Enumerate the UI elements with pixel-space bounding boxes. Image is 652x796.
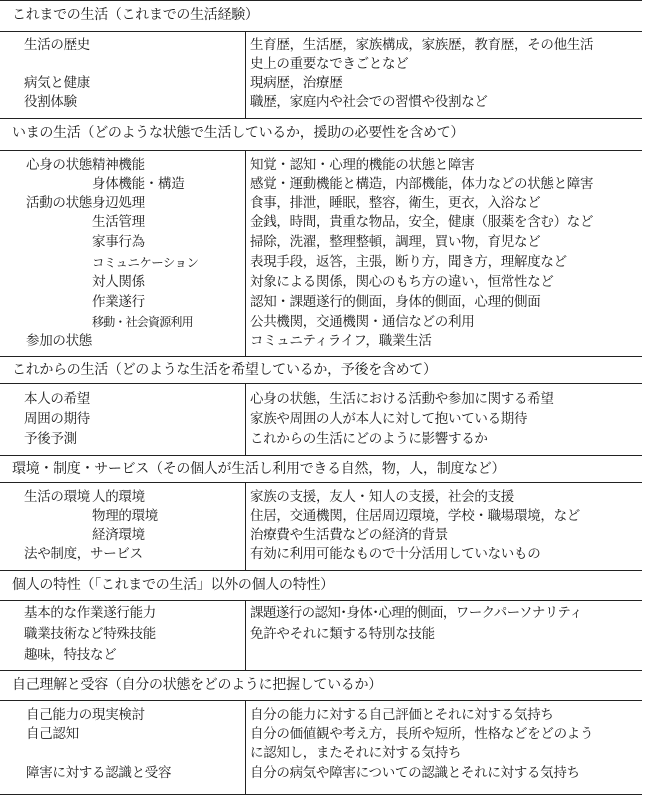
- row-desc: これからの生活にどのように影響するか: [250, 430, 488, 449]
- row-label: 自己認知: [26, 725, 79, 744]
- row-label: 生活の環境: [24, 488, 90, 507]
- rule: [0, 0, 642, 1]
- row-desc: 表現手段，返答，主張，断り方，聞き方，理解度など: [250, 253, 567, 272]
- row-sublabel: 身体機能・構造: [92, 175, 184, 194]
- row-desc: 知覚・認知・心理的機能の状態と障害: [250, 156, 474, 175]
- row-label: 趣味，特技など: [24, 646, 116, 665]
- rule: [0, 31, 642, 32]
- row-desc: 自分の病気や障害についての認識とそれに対する気持ち: [250, 764, 580, 783]
- row-sublabel: コミュニケーション: [92, 253, 198, 272]
- row-sublabel: 物理的環境: [92, 507, 158, 526]
- row-sublabel: 経済環境: [92, 526, 145, 545]
- row-desc: 金銭，時間，貴重な物品，安全，健康（服薬を含む）など: [250, 213, 593, 232]
- row-desc: 認知・課題遂行的側面，身体的側面，心理的側面: [250, 293, 540, 312]
- rule: [0, 570, 642, 571]
- row-desc: 課題遂行の認知･身体･心理的側面，ワークパーソナリティ: [250, 604, 582, 623]
- rule: [0, 670, 642, 671]
- row-label: 職業技術など特殊技能: [24, 625, 156, 644]
- row-label: 生活の歴史: [24, 36, 90, 55]
- row-desc: 治療費や生活費などの経済的背景: [250, 526, 448, 545]
- rule: [0, 150, 642, 151]
- rule: [0, 356, 642, 357]
- row-label: 障害に対する認識と受容: [26, 764, 171, 783]
- row-sublabel: 精神機能: [92, 156, 145, 175]
- rule: [0, 455, 642, 456]
- row-desc: 自分の価値観や考え方，長所や短所，性格などをどのよう: [250, 725, 593, 744]
- row-desc: 職歴，家庭内や社会での習慣や役割など: [250, 93, 488, 112]
- section-title-environment: 環境・制度・サービス（その個人が生活し利用できる自然，物，人，制度など）: [12, 460, 505, 479]
- row-desc: 史上の重要なできごとなど: [250, 55, 408, 74]
- row-desc: 対象による関係，関心のもち方の違い，恒常性など: [250, 273, 554, 292]
- row-label: 病気と健康: [24, 74, 90, 93]
- rule: [0, 700, 642, 701]
- row-sublabel: 作業遂行: [92, 293, 145, 312]
- row-desc: 住居，交通機関，住居周辺環境，学校・職場環境，など: [250, 507, 580, 526]
- row-desc: コミュニティライフ，職業生活: [250, 332, 432, 351]
- column-divider: [245, 383, 246, 455]
- row-label: 法や制度，サービス: [24, 545, 143, 564]
- rule: [0, 600, 642, 601]
- section-title-current-life: いまの生活（どのような状態で生活しているか，援助の必要性を含めて）: [12, 124, 464, 143]
- row-desc: 公共機関，交通機関・通信などの利用: [250, 313, 474, 332]
- row-label: 周囲の期待: [24, 410, 90, 429]
- row-sublabel: 生活管理: [92, 213, 145, 232]
- row-desc: 生育歴，生活歴，家族構成，家族歴，教育歴，その他生活: [250, 36, 593, 55]
- row-label: 活動の状態: [26, 194, 92, 213]
- row-sublabel: 身辺処理: [92, 194, 145, 213]
- row-label: 役割体験: [24, 93, 77, 112]
- row-desc: 感覚・運動機能と構造，内部機能，体力などの状態と障害: [250, 175, 593, 194]
- row-desc: 食事，排泄，睡眠，整容，衛生，更衣，入浴など: [250, 194, 540, 213]
- section-title-personal-traits: 個人の特性（「これまでの生活」以外の個人の特性）: [12, 576, 334, 595]
- row-label: 自己能力の現実検討: [26, 706, 145, 725]
- row-desc: 現病歴，治療歴: [250, 74, 342, 93]
- column-divider: [245, 31, 246, 118]
- rule: [0, 794, 642, 795]
- section-title-self-understanding: 自己理解と受容（自分の状態をどのように把握しているか）: [12, 676, 382, 695]
- column-divider: [245, 600, 246, 670]
- row-label: 参加の状態: [26, 332, 92, 351]
- row-label: 基本的な作業遂行能力: [24, 604, 156, 623]
- row-desc: 自分の能力に対する自己評価とそれに対する気持ち: [250, 706, 554, 725]
- row-desc: 掃除，洗濯，整理整頓，調理，買い物，育児など: [250, 233, 540, 252]
- row-desc: 有効に利用可能なもので十分活用していないもの: [250, 545, 540, 564]
- rule: [0, 118, 642, 119]
- row-sublabel: 家事行為: [92, 233, 145, 252]
- row-sublabel: 人的環境: [92, 488, 145, 507]
- row-sublabel: 対人関係: [92, 273, 145, 292]
- rule: [0, 482, 642, 483]
- row-desc: 免許やそれに類する特別な技能: [250, 625, 435, 644]
- section-title-past-life: これまでの生活（これまでの生活経験）: [12, 6, 259, 25]
- section-title-future-life: これからの生活（どのような生活を希望しているか，予後を含めて）: [12, 361, 437, 380]
- row-label: 本人の希望: [24, 390, 90, 409]
- row-desc: 心身の状態，生活における活動や参加に関する希望: [250, 390, 554, 409]
- row-desc: 家族の支援，友人・知人の支援，社会的支援: [250, 488, 514, 507]
- row-desc: 家族や周囲の人が本人に対して抱いている期待: [250, 410, 527, 429]
- rule: [0, 383, 642, 384]
- column-divider: [245, 700, 246, 794]
- row-label: 心身の状態: [26, 156, 92, 175]
- row-label: 予後予測: [24, 430, 77, 449]
- row-sublabel: 移動・社会資源利用: [92, 313, 193, 332]
- column-divider: [245, 482, 246, 570]
- row-desc: に認知し，またそれに対する気持ち: [250, 744, 461, 763]
- column-divider: [245, 150, 246, 356]
